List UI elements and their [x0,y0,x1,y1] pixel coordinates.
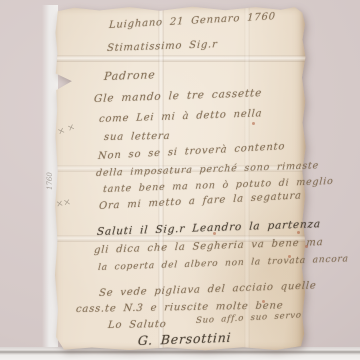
letter-photo: Luighano 21 Gennaro 1760Stimatissimo Sig… [0,0,360,360]
foxing-spot [305,245,308,248]
fold-crease-vertical-right [244,5,250,351]
foxing-spot [297,231,300,234]
fold-crease-horizontal-lower [54,235,306,242]
paper-wrap [0,0,360,360]
fold-crease-horizontal-top [54,55,306,62]
fold-crease-vertical-left [158,5,164,351]
foxing-spot [213,232,216,235]
foxing-spot [288,255,291,258]
letter-paper [54,5,306,351]
fold-crease-horizontal-middle [54,165,306,172]
foxing-spot [262,300,265,303]
foxing-spot [252,122,255,125]
